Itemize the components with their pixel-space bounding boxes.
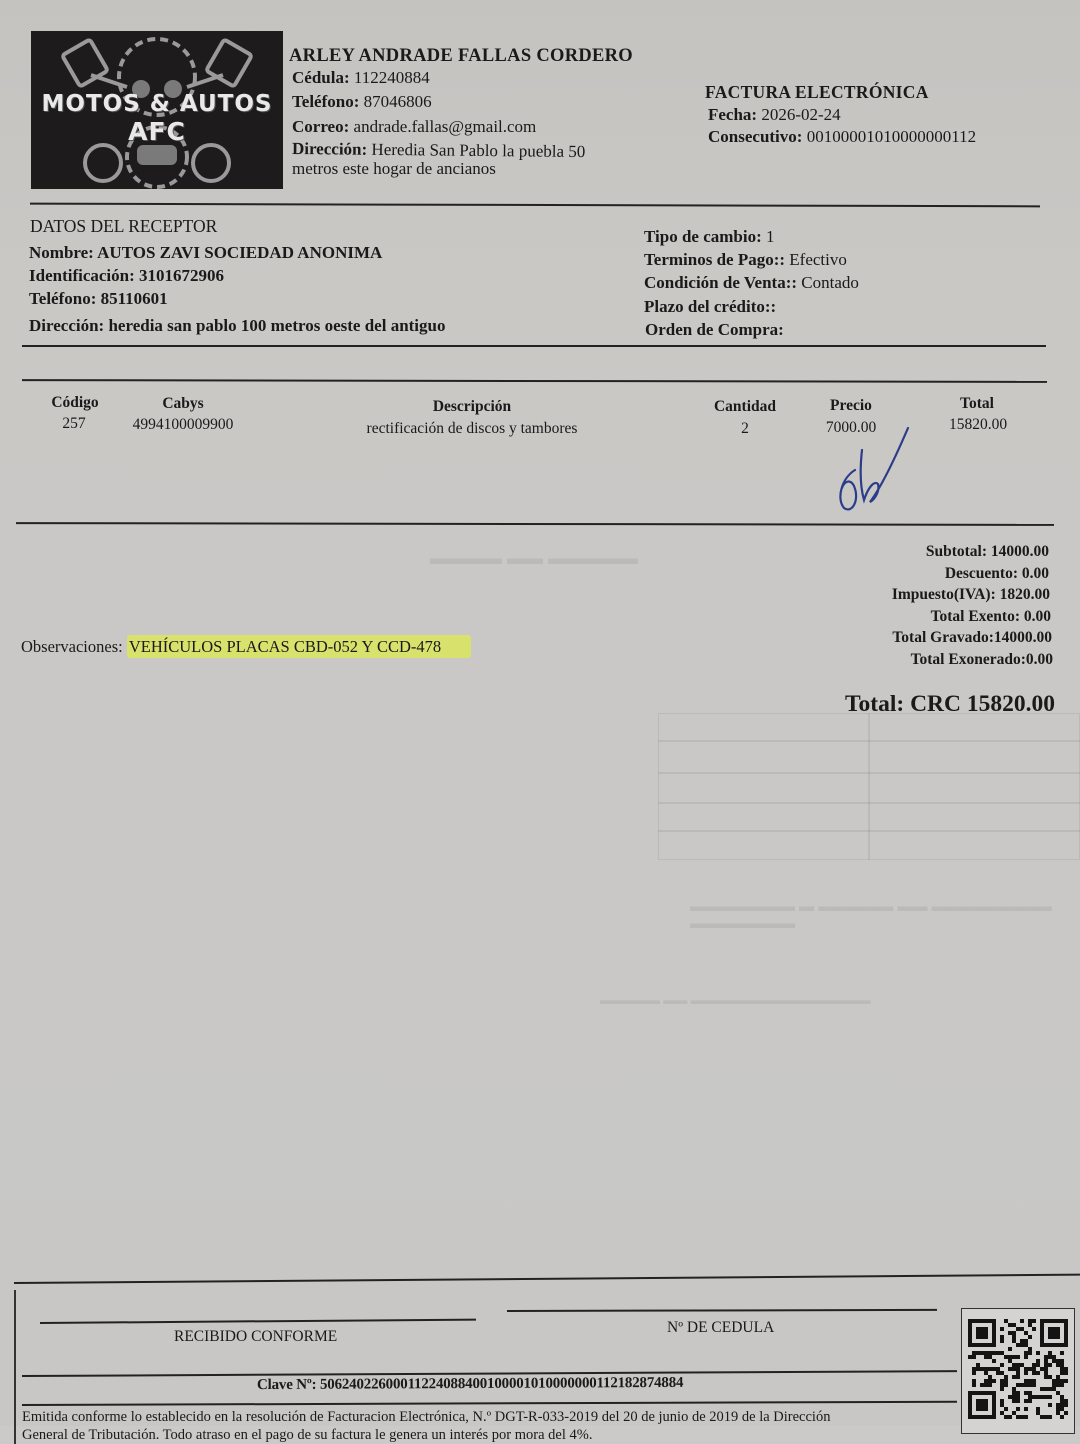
issuer-direccion-line2: metros este hogar de ancianos	[292, 159, 496, 179]
recibido-conforme-label: RECIBIDO CONFORME	[174, 1328, 337, 1346]
signature-line-recibido	[40, 1319, 476, 1324]
terminos-pago: Terminos de Pago:: Efectivo	[644, 250, 847, 270]
invoice-fecha-label: Fecha:	[708, 105, 757, 124]
invoice-consecutivo-label: Consecutivo:	[708, 127, 802, 146]
column-header-descripcion: Descripción	[372, 398, 572, 416]
receptor-section-title: DATOS DEL RECEPTOR	[30, 216, 217, 237]
condicion-venta-label: Condición de Venta::	[644, 273, 797, 292]
issuer-telefono-label: Teléfono:	[292, 92, 359, 111]
condicion-venta: Condición de Venta:: Contado	[644, 273, 859, 293]
receptor-nombre: Nombre: AUTOS ZAVI SOCIEDAD ANONIMA	[29, 243, 382, 263]
clave-label: Clave Nº:	[257, 1377, 316, 1393]
footer-left-border	[14, 1290, 16, 1444]
tipo-cambio-value: 1	[766, 227, 775, 246]
total-exonerado: Total Exonerado:0.00	[780, 649, 1053, 671]
subtotal: Subtotal: 14000.00	[780, 541, 1049, 563]
cell-total: 15820.00	[936, 416, 1020, 434]
issuer-correo-label: Correo:	[292, 117, 349, 136]
invoice-consecutivo: Consecutivo: 00100001010000000112	[708, 127, 976, 147]
cell-cantidad: 2	[700, 420, 790, 438]
divider	[22, 345, 1046, 347]
issuer-cedula-value: 112240884	[354, 68, 430, 87]
qr-code-icon	[968, 1319, 1068, 1419]
footer-top-border	[14, 1274, 1080, 1284]
receptor-nombre-value: AUTOS ZAVI SOCIEDAD ANONIMA	[97, 243, 382, 262]
clave-value: 5062402260001122408840010000101000000011…	[320, 1375, 683, 1393]
receptor-direccion-value: heredia san pablo 100 metros oeste del a…	[108, 316, 445, 335]
plazo-credito-label: Plazo del crédito::	[644, 297, 776, 316]
totals-summary: Subtotal: 14000.00 Descuento: 0.00 Impue…	[780, 541, 1049, 670]
column-header-cabys: Cabys	[128, 395, 238, 413]
cell-codigo: 257	[30, 415, 118, 433]
impuesto-iva: Impuesto(IVA): 1820.00	[780, 584, 1050, 606]
tipo-cambio-label: Tipo de cambio:	[644, 227, 762, 246]
logo-text-primary: MOTOS & AUTOS	[31, 91, 283, 117]
receptor-direccion: Dirección: heredia san pablo 100 metros …	[29, 316, 446, 336]
orden-compra-label: Orden de Compra:	[645, 320, 784, 339]
receptor-nombre-label: Nombre:	[29, 243, 94, 262]
receptor-direccion-label: Dirección:	[29, 316, 104, 335]
invoice-fecha-value: 2026-02-24	[761, 105, 840, 124]
receptor-telefono-label: Teléfono:	[29, 289, 96, 308]
column-header-codigo: Código	[30, 394, 120, 412]
issuer-name: ARLEY ANDRADE FALLAS CORDERO	[289, 46, 633, 67]
terminos-pago-value: Efectivo	[789, 250, 847, 269]
observaciones-label: Observaciones:	[21, 637, 123, 656]
legal-notice-line2: General de Tributación. Todo atraso en e…	[22, 1426, 830, 1444]
receptor-identificacion: Identificación: 3101672906	[29, 266, 224, 286]
bleed-through-text: ▬▬▬▬▬ ▬▬ ▬▬▬▬▬▬▬▬▬▬▬▬▬▬▬	[600, 993, 871, 1007]
divider	[22, 1401, 957, 1406]
bleed-through-rule	[868, 713, 870, 860]
grand-total: Total: CRC 15820.00	[760, 691, 1055, 718]
logo-text-secondary: AFC	[31, 117, 283, 146]
column-header-precio: Precio	[808, 397, 894, 415]
receptor-identificacion-label: Identificación:	[29, 266, 135, 285]
clave-numerica: Clave Nº: 506240226000112240884001000010…	[257, 1375, 683, 1394]
receptor-identificacion-value: 3101672906	[139, 266, 224, 285]
divider	[30, 203, 1040, 208]
column-header-total: Total	[936, 395, 1018, 413]
cell-cabys: 4994100009900	[122, 416, 244, 434]
issuer-telefono-value: 87046806	[364, 92, 432, 111]
issuer-telefono: Teléfono: 87046806	[292, 92, 432, 112]
company-logo: MOTOS & AUTOS AFC	[31, 31, 283, 189]
column-header-cantidad: Cantidad	[700, 398, 790, 416]
numero-cedula-label: Nº DE CEDULA	[667, 1319, 774, 1337]
observaciones-value: VEHÍCULOS PLACAS CBD-052 Y CCD-478	[127, 635, 471, 658]
observaciones: Observaciones: VEHÍCULOS PLACAS CBD-052 …	[21, 637, 471, 657]
signature-line-cedula	[507, 1309, 937, 1312]
legal-notice-line1: Emitida conforme lo establecido en la re…	[22, 1408, 830, 1426]
divider	[22, 379, 1047, 383]
issuer-correo-value: andrade.fallas@gmail.com	[354, 117, 537, 136]
bleed-through-text: ▬▬▬▬ ▬▬ ▬▬▬▬▬	[430, 548, 638, 569]
total-gravado: Total Gravado:14000.00	[780, 627, 1052, 649]
handwritten-ok-mark-icon	[830, 420, 920, 515]
invoice-consecutivo-value: 00100001010000000112	[807, 127, 976, 146]
receptor-telefono-value: 85110601	[101, 289, 168, 308]
issuer-correo: Correo: andrade.fallas@gmail.com	[292, 117, 536, 137]
plazo-credito: Plazo del crédito::	[644, 297, 776, 317]
qr-code-frame	[961, 1308, 1075, 1434]
bleed-through-text: ▬▬▬▬▬▬▬ ▬ ▬▬▬▬▬ ▬▬ ▬▬▬▬▬▬▬▬ ▬▬▬▬▬▬▬	[690, 898, 1080, 932]
invoice-title: FACTURA ELECTRÓNICA	[705, 82, 929, 103]
legal-notice: Emitida conforme lo establecido en la re…	[22, 1408, 830, 1444]
orden-compra: Orden de Compra:	[645, 320, 784, 340]
divider	[16, 522, 1054, 526]
cell-descripcion: rectificación de discos y tambores	[342, 420, 602, 438]
descuento: Descuento: 0.00	[780, 563, 1049, 585]
condicion-venta-value: Contado	[801, 273, 859, 292]
total-exento: Total Exento: 0.00	[780, 606, 1051, 628]
terminos-pago-label: Terminos de Pago::	[644, 250, 785, 269]
invoice-fecha: Fecha: 2026-02-24	[708, 105, 841, 125]
issuer-direccion-label: Dirección:	[292, 139, 367, 159]
issuer-direccion-value: Heredia San Pablo la puebla 50	[371, 140, 585, 161]
receptor-telefono: Teléfono: 85110601	[29, 289, 168, 309]
issuer-cedula: Cédula: 112240884	[292, 68, 430, 88]
tipo-cambio: Tipo de cambio: 1	[644, 227, 775, 247]
invoice-page: ▬▬▬▬ ▬▬ ▬▬▬▬▬ ▬▬▬▬▬▬▬ ▬ ▬▬▬▬▬ ▬▬ ▬▬▬▬▬▬▬…	[0, 0, 1080, 1426]
issuer-cedula-label: Cédula:	[292, 68, 350, 87]
